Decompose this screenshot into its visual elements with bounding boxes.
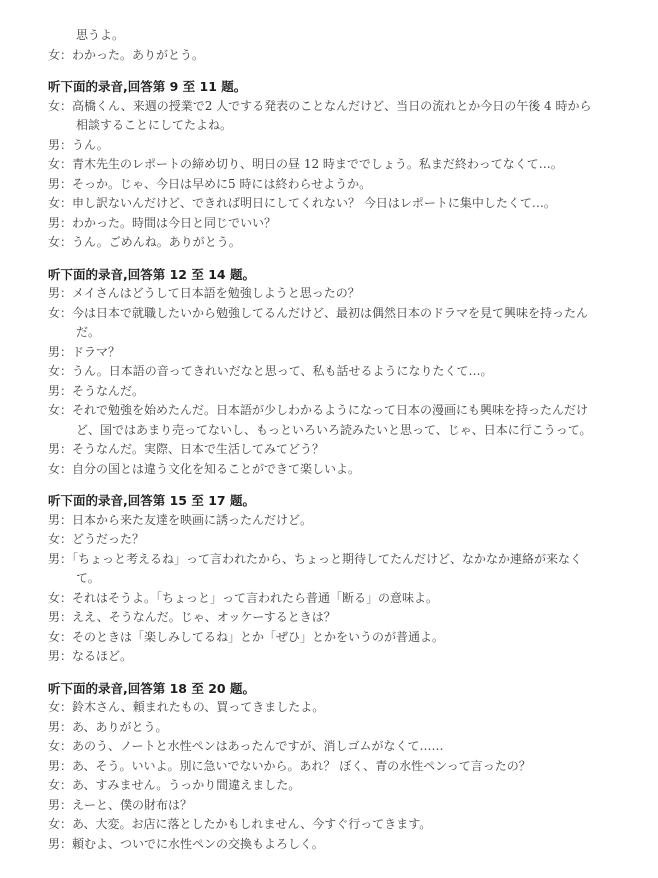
dialogue-text: そうなんだ。 — [72, 384, 144, 398]
listening-section: 听下面的录音,回答第 12 至 14 题。 男：メイさんはどうして日本語を勉強し… — [48, 265, 596, 480]
dialogue-line: 思うよ。 — [48, 26, 596, 46]
dialogue-line: 男：そうなんだ。実際、日本で生活してみてどう？ — [48, 440, 596, 460]
dialogue-text: うん。ごめんね。ありがとう。 — [72, 235, 241, 249]
dialogue-line: 男：ええ、そうなんだ。じゃ、オッケーするときは？ — [48, 608, 596, 628]
speaker-label: 男： — [48, 798, 72, 812]
dialogue-line: 男：なるほど。 — [48, 647, 596, 667]
dialogue-text: 鈴木さん、頼まれたもの、買ってきましたよ。 — [72, 700, 324, 714]
speaker-label: 女： — [48, 48, 72, 62]
dialogue-line: 男：うん。 — [48, 136, 596, 156]
speaker-label: 女： — [48, 817, 72, 831]
listening-section: 听下面的录音,回答第 9 至 11 题。 女：高橋くん、来週の授業で2 人でする… — [48, 77, 596, 253]
dialogue-text: あ、ありがとう。 — [72, 720, 168, 734]
speaker-label: 女： — [48, 196, 72, 210]
dialogue-lines: 女：高橋くん、来週の授業で2 人でする発表のことなんだけど、当日の流れとか今日の… — [48, 97, 596, 253]
dialogue-line: 男：「ちょっと考えるね」って言われたから、ちょっと期待してたんだけど、なかなか連… — [48, 550, 596, 589]
speaker-label: 男： — [48, 837, 72, 851]
speaker-label: 女： — [48, 591, 72, 605]
speaker-label: 男： — [48, 442, 72, 456]
section-header: 听下面的录音,回答第 12 至 14 题。 — [48, 265, 596, 285]
dialogue-text: 青木先生のレポートの締め切り、明日の昼 12 時まででしょう。私まだ終わってなく… — [72, 157, 563, 171]
listening-section: 听下面的录音,回答第 15 至 17 题。 男：日本から来た友達を映画に誘ったん… — [48, 491, 596, 667]
section-header: 听下面的录音,回答第 15 至 17 题。 — [48, 491, 596, 511]
dialogue-text: 今は日本で就職したいから勉強してるんだけど、最初は偶然日本のドラマを見て興味を持… — [72, 306, 588, 340]
dialogue-text: うん。日本語の音ってきれいだなと思って、私も話せるようになりたくて…。 — [72, 364, 492, 378]
section-header: 听下面的录音,回答第 18 至 20 题。 — [48, 679, 596, 699]
speaker-label: 女： — [48, 700, 72, 714]
dialogue-line: 男：メイさんはどうして日本語を勉強しようと思ったの？ — [48, 284, 596, 304]
dialogue-lines: 女：鈴木さん、頼まれたもの、買ってきましたよ。男：あ、ありがとう。女：あのう、ノ… — [48, 698, 596, 854]
dialogue-line: 女：鈴木さん、頼まれたもの、買ってきましたよ。 — [48, 698, 596, 718]
speaker-label: 男： — [48, 177, 72, 191]
speaker-label: 女： — [48, 306, 72, 320]
dialogue-text: あ、そう。いいよ。別に急いでないから。あれ？ ぼく、青の水性ペンって言ったの？ — [72, 759, 531, 773]
dialogue-text: そっか。じゃ、今日は早めに5 時には終わらせようか。 — [72, 177, 371, 191]
speaker-label: 男： — [48, 345, 72, 359]
dialogue-line: 男：あ、そう。いいよ。別に急いでないから。あれ？ ぼく、青の水性ペンって言ったの… — [48, 757, 596, 777]
speaker-label: 女： — [48, 235, 72, 249]
dialogue-line: 男：日本から来た友達を映画に誘ったんだけど。 — [48, 511, 596, 531]
dialogue-text: メイさんはどうして日本語を勉強しようと思ったの？ — [72, 286, 360, 300]
dialogue-text: えーと、僕の財布は？ — [72, 798, 192, 812]
dialogue-text: 思うよ。 — [76, 28, 124, 42]
dialogue-lines: 男：日本から来た友達を映画に誘ったんだけど。女：どうだった？男：「ちょっと考える… — [48, 511, 596, 667]
transcript-page: 思うよ。女：わかった。ありがとう。 听下面的录音,回答第 9 至 11 题。 女… — [0, 0, 658, 878]
dialogue-line: 男：ドラマ？ — [48, 343, 596, 363]
dialogue-line: 男：頼むよ、ついでに水性ペンの交換もよろしく。 — [48, 835, 596, 855]
dialogue-line: 男：あ、ありがとう。 — [48, 718, 596, 738]
dialogue-text: そうなんだ。実際、日本で生活してみてどう？ — [72, 442, 324, 456]
dialogue-line: 女：あ、大変。お店に落としたかもしれません、今すぐ行ってきます。 — [48, 815, 596, 835]
speaker-label: 男： — [48, 610, 72, 624]
dialogue-line: 男：わかった。時間は今日と同じでいい？ — [48, 214, 596, 234]
speaker-label: 女： — [48, 630, 72, 644]
dialogue-text: わかった。時間は今日と同じでいい？ — [72, 216, 276, 230]
speaker-label: 男： — [48, 286, 72, 300]
dialogue-line: 女：そのときは「楽しみしてるね」とか「ぜひ」とかをいうのが普通よ。 — [48, 628, 596, 648]
dialogue-line: 女：どうだった？ — [48, 530, 596, 550]
dialogue-line: 女：うん。日本語の音ってきれいだなと思って、私も話せるようになりたくて…。 — [48, 362, 596, 382]
dialogue-line: 女：わかった。ありがとう。 — [48, 46, 596, 66]
dialogue-line: 男：そうなんだ。 — [48, 382, 596, 402]
dialogue-line: 女：あ、すみません。うっかり間違えました。 — [48, 776, 596, 796]
dialogue-text: あ、すみません。うっかり間違えました。 — [72, 778, 300, 792]
dialogue-text: わかった。ありがとう。 — [72, 48, 204, 62]
dialogue-text: うん。 — [72, 138, 109, 152]
speaker-label: 女： — [48, 778, 72, 792]
dialogue-line: 女：あのう、ノートと水性ペンはあったんですが、消しゴムがなくて…… — [48, 737, 596, 757]
dialogue-text: 高橋くん、来週の授業で2 人でする発表のことなんだけど、当日の流れとか今日の午後… — [72, 99, 591, 133]
dialogue-line: 女：自分の国とは違う文化を知ることができて楽しいよ。 — [48, 460, 596, 480]
dialogue-line: 女：それで勉強を始めたんだ。日本語が少しわかるようになって日本の漫画にも興味を持… — [48, 401, 596, 440]
dialogue-line: 男：そっか。じゃ、今日は早めに5 時には終わらせようか。 — [48, 175, 596, 195]
dialogue-line: 女：今は日本で就職したいから勉強してるんだけど、最初は偶然日本のドラマを見て興味… — [48, 304, 596, 343]
dialogue-text: 頼むよ、ついでに水性ペンの交換もよろしく。 — [72, 837, 324, 851]
dialogue-text: 申し訳ないんだけど、できれば明日にしてくれない？ 今日はレポートに集中したくて…… — [72, 196, 556, 210]
dialogue-text: あ、大変。お店に落としたかもしれません、今すぐ行ってきます。 — [72, 817, 431, 831]
speaker-label: 女： — [48, 403, 72, 417]
dialogue-text: それで勉強を始めたんだ。日本語が少しわかるようになって日本の漫画にも興味を持った… — [72, 403, 592, 437]
dialogue-line: 女：高橋くん、来週の授業で2 人でする発表のことなんだけど、当日の流れとか今日の… — [48, 97, 596, 136]
dialogue-text: ドラマ？ — [72, 345, 120, 359]
section-header: 听下面的录音,回答第 9 至 11 题。 — [48, 77, 596, 97]
dialogue-text: どうだった？ — [72, 532, 144, 546]
speaker-label: 女： — [48, 157, 72, 171]
speaker-label: 女： — [48, 739, 72, 753]
speaker-label: 女： — [48, 532, 72, 546]
dialogue-lines: 男：メイさんはどうして日本語を勉強しようと思ったの？女：今は日本で就職したいから… — [48, 284, 596, 479]
speaker-label: 男： — [48, 513, 72, 527]
speaker-label: 男： — [48, 216, 72, 230]
dialogue-line: 男：えーと、僕の財布は？ — [48, 796, 596, 816]
dialogue-line: 女：うん。ごめんね。ありがとう。 — [48, 233, 596, 253]
dialogue-text: なるほど。 — [72, 649, 132, 663]
speaker-label: 男： — [48, 384, 72, 398]
dialogue-text: それはそうよ。「ちょっと」って言われたら普通「断る」の意味よ。 — [72, 591, 438, 605]
speaker-label: 女： — [48, 364, 72, 378]
intro-dialogue-block: 思うよ。女：わかった。ありがとう。 — [48, 26, 596, 65]
dialogue-line: 女：青木先生のレポートの締め切り、明日の昼 12 時まででしょう。私まだ終わって… — [48, 155, 596, 175]
dialogue-text: ええ、そうなんだ。じゃ、オッケーするときは？ — [72, 610, 336, 624]
listening-section: 听下面的录音,回答第 18 至 20 题。 女：鈴木さん、頼まれたもの、買ってき… — [48, 679, 596, 855]
dialogue-text: 日本から来た友達を映画に誘ったんだけど。 — [72, 513, 312, 527]
speaker-label: 男： — [48, 138, 72, 152]
dialogue-line: 女：申し訳ないんだけど、できれば明日にしてくれない？ 今日はレポートに集中したく… — [48, 194, 596, 214]
dialogue-text: 自分の国とは違う文化を知ることができて楽しいよ。 — [72, 462, 360, 476]
speaker-label: 男： — [48, 649, 72, 663]
speaker-label: 男： — [48, 720, 72, 734]
dialogue-text: そのときは「楽しみしてるね」とか「ぜひ」とかをいうのが普通よ。 — [72, 630, 444, 644]
dialogue-text: 「ちょっと考えるね」って言われたから、ちょっと期待してたんだけど、なかなか連絡が… — [72, 552, 582, 586]
dialogue-text: あのう、ノートと水性ペンはあったんですが、消しゴムがなくて…… — [72, 739, 444, 753]
speaker-label: 男： — [48, 552, 72, 566]
speaker-label: 女： — [48, 99, 72, 113]
dialogue-line: 女：それはそうよ。「ちょっと」って言われたら普通「断る」の意味よ。 — [48, 589, 596, 609]
speaker-label: 男： — [48, 759, 72, 773]
speaker-label: 女： — [48, 462, 72, 476]
listening-sections: 听下面的录音,回答第 9 至 11 题。 女：高橋くん、来週の授業で2 人でする… — [48, 77, 596, 854]
